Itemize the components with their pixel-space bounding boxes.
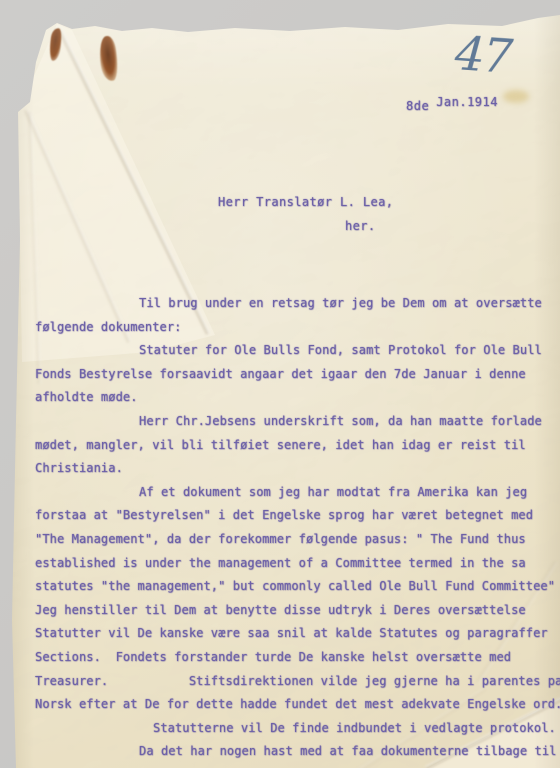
date-month-year: Jan.1914: [436, 95, 498, 109]
yellow-stain: [503, 90, 529, 103]
letter-line: Statuter for Ole Bulls Fond, samt Protok…: [35, 339, 560, 363]
recipient-name: Herr Translatør L. Lea,: [218, 192, 393, 213]
letter-line: mødet, mangler, vil bli tilføiet senere,…: [35, 434, 560, 458]
date-day: 8de: [406, 99, 429, 113]
photo-background: 47 8deJan.1914 Herr Translatør L. Lea, h…: [0, 0, 560, 768]
letter-line: established is under the management of a…: [35, 552, 560, 576]
letter-line: Statutter vil De kanske være saa snil at…: [35, 622, 560, 646]
letter-line: Norsk efter at De for dette hadde fundet…: [35, 693, 560, 717]
letter-line: "The Management", da der forekommer følg…: [35, 528, 560, 552]
letter-line: Herr Chr.Jebsens underskrift som, da han…: [35, 410, 560, 434]
recipient-block: Herr Translatør L. Lea, her.: [218, 192, 393, 237]
letter-line: Sections. Fondets forstander turde De ka…: [35, 646, 560, 670]
letter-line: Jeg henstiller til Dem at benytte disse …: [35, 599, 560, 623]
letter-line: Da det har nogen hast med at faa dokumen…: [35, 740, 560, 764]
letter-line: afholdte møde.: [35, 386, 560, 410]
letter-line: Statutterne vil De finde indbundet i ved…: [35, 717, 560, 741]
letter-line: statutes "the management," but commonly …: [35, 575, 560, 599]
date-line: 8deJan.1914: [406, 95, 498, 109]
letter-line: Til brug under en retsag tør jeg be Dem …: [35, 292, 560, 316]
letter-line: Treasurer. Stiftsdirektionen vilde jeg g…: [35, 670, 560, 694]
recipient-place: her.: [218, 216, 393, 237]
letter-body: Til brug under en retsag tør jeg be Dem …: [35, 292, 560, 764]
letter-paper: 47 8deJan.1914 Herr Translatør L. Lea, h…: [0, 0, 560, 768]
letter-line: Af et dokument som jeg har modtat fra Am…: [35, 481, 560, 505]
handwritten-page-number: 47: [453, 26, 513, 85]
letter-line: følgende dokumenter:: [35, 316, 560, 340]
letter-line: Christiania.: [35, 457, 560, 481]
letter-line: forstaa at "Bestyrelsen" i det Engelske …: [35, 504, 560, 528]
letter-line: Fonds Bestyrelse forsaavidt angaar det i…: [35, 363, 560, 387]
